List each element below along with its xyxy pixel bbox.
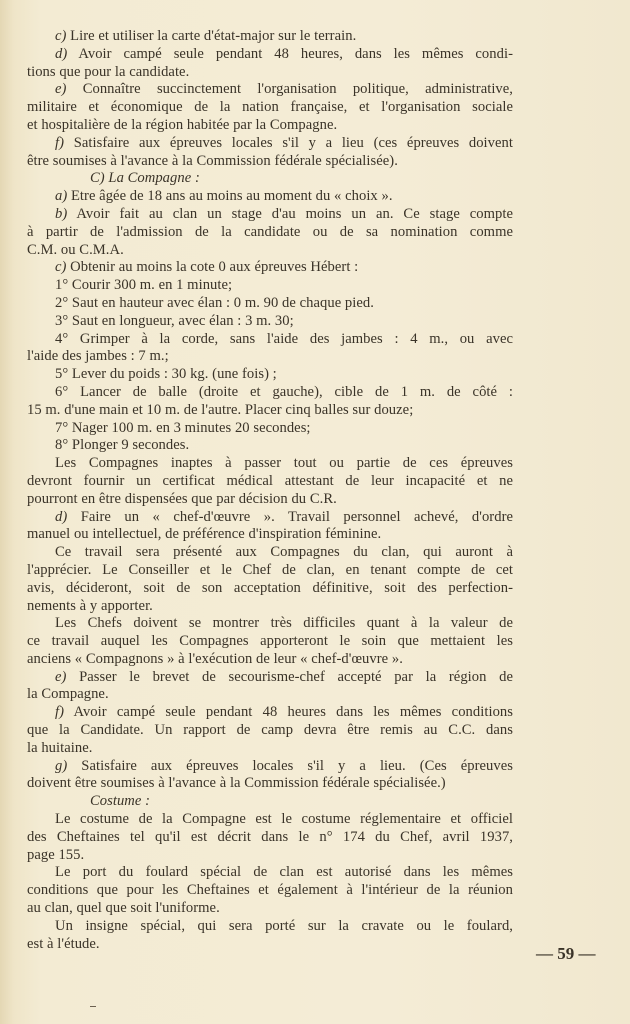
line-text: Avoir campé seule pendant 48 heures dans…: [73, 704, 513, 720]
line-text: 4° Grimper à la corde, sans l'aide des j…: [55, 331, 513, 347]
text-line: d) Faire un « chef-d'œuvre ». Travail pe…: [27, 509, 513, 527]
text-line: c) Lire et utiliser la carte d'état-majo…: [27, 28, 513, 46]
line-text: 5° Lever du poids : 30 kg. (une fois) ;: [55, 366, 277, 382]
line-text: 6° Lancer de balle (droite et gauche), c…: [55, 384, 513, 400]
line-text: Satisfaire aux épreuves locales s'il y a…: [74, 135, 513, 151]
line-text: Etre âgée de 18 ans au moins au moment d…: [71, 188, 393, 204]
text-line: 6° Lancer de balle (droite et gauche), c…: [27, 384, 513, 402]
line-text: Le port du foulard spécial de clan est a…: [55, 864, 513, 880]
text-line: C.M. ou C.M.A.: [27, 242, 513, 260]
line-text: conditions que pour les Cheftaines et ég…: [27, 882, 513, 898]
line-text: avis, décideront, soit de son acceptatio…: [27, 580, 513, 596]
text-line: avis, décideront, soit de son acceptatio…: [27, 580, 513, 598]
line-text: nements à y apporter.: [27, 598, 153, 614]
line-text: Faire un « chef-d'œuvre ». Travail perso…: [81, 509, 513, 525]
line-text: Passer le brevet de secourisme-chef acce…: [79, 669, 513, 685]
text-line: manuel ou intellectuel, de préférence d'…: [27, 526, 513, 544]
text-line: anciens « Compagnons » à l'exécution de …: [27, 651, 513, 669]
line-text: pourront en être dispensées que par déci…: [27, 491, 337, 507]
text-line: a) Etre âgée de 18 ans au moins au momen…: [27, 188, 513, 206]
line-text: C.M. ou C.M.A.: [27, 242, 124, 258]
line-text: ce travail auquel les Compagnes apporter…: [27, 633, 513, 649]
text-line: militaire et économique de la nation fra…: [27, 99, 513, 117]
text-line: 3° Saut en longueur, avec élan : 3 m. 30…: [27, 313, 513, 331]
text-line: 2° Saut en hauteur avec élan : 0 m. 90 d…: [27, 295, 513, 313]
item-label: e): [55, 669, 66, 685]
text-line: 15 m. d'une main et 10 m. de l'autre. Pl…: [27, 402, 513, 420]
line-text: tions que pour la candidate.: [27, 64, 189, 80]
section-heading: Costume :: [27, 793, 513, 811]
line-text: Ce travail sera présenté aux Compagnes d…: [55, 544, 513, 560]
text-line: au clan, quel que soit l'uniforme.: [27, 900, 513, 918]
line-text: Satisfaire aux épreuves locales s'il y a…: [81, 758, 513, 774]
item-label: c): [55, 28, 66, 44]
line-text: Les Chefs doivent se montrer très diffic…: [55, 615, 513, 631]
line-text: manuel ou intellectuel, de préférence d'…: [27, 526, 381, 542]
text-line: Le costume de la Compagne est le costume…: [27, 811, 513, 829]
text-line: Les Compagnes inaptes à passer tout ou p…: [27, 455, 513, 473]
line-text: l'aide des jambes : 7 m.;: [27, 348, 169, 364]
text-line: 1° Courir 300 m. en 1 minute;: [27, 277, 513, 295]
text-line: 7° Nager 100 m. en 3 minutes 20 secondes…: [27, 420, 513, 438]
line-text: Les Compagnes inaptes à passer tout ou p…: [55, 455, 513, 471]
item-label: c): [55, 259, 66, 275]
text-line: d) Avoir campé seule pendant 48 heures, …: [27, 46, 513, 64]
text-line: et hospitalière de la région habitée par…: [27, 117, 513, 135]
line-text: Connaître succinctement l'organisation p…: [83, 81, 513, 97]
line-text: au clan, quel que soit l'uniforme.: [27, 900, 220, 916]
item-label: f): [55, 135, 64, 151]
line-text: Le costume de la Compagne est le costume…: [55, 811, 513, 827]
text-line: 8° Plonger 9 secondes.: [27, 437, 513, 455]
section-heading: C) La Compagne :: [27, 170, 513, 188]
document-page: c) Lire et utiliser la carte d'état-majo…: [27, 28, 513, 953]
text-line: des Cheftaines tel qu'il est décrit dans…: [27, 829, 513, 847]
text-line: e) Connaître succinctement l'organisatio…: [27, 81, 513, 99]
item-label: d): [55, 46, 67, 62]
text-line: Ce travail sera présenté aux Compagnes d…: [27, 544, 513, 562]
line-text: 2° Saut en hauteur avec élan : 0 m. 90 d…: [55, 295, 374, 311]
line-text: est à l'étude.: [27, 936, 100, 952]
text-line: doivent être soumises à l'avance à la Co…: [27, 775, 513, 793]
line-text: anciens « Compagnons » à l'exécution de …: [27, 651, 403, 667]
printer-mark: [90, 1006, 96, 1007]
line-text: Lire et utiliser la carte d'état-major s…: [70, 28, 356, 44]
text-line: conditions que pour les Cheftaines et ég…: [27, 882, 513, 900]
text-line: l'aide des jambes : 7 m.;: [27, 348, 513, 366]
text-line: c) Obtenir au moins la cote 0 aux épreuv…: [27, 259, 513, 277]
line-text: la huitaine.: [27, 740, 92, 756]
text-line: la Compagne.: [27, 686, 513, 704]
item-label: g): [55, 758, 67, 774]
text-line: tions que pour la candidate.: [27, 64, 513, 82]
page-number: — 59 —: [536, 944, 596, 964]
line-text: Un insigne spécial, qui sera porté sur l…: [55, 918, 513, 934]
text-line: à partir de l'admission de la candidate …: [27, 224, 513, 242]
line-text: être soumises à l'avance à la Commission…: [27, 153, 398, 169]
text-line: Le port du foulard spécial de clan est a…: [27, 864, 513, 882]
line-text: devront fournir un certificat médical at…: [27, 473, 513, 489]
line-text: Costume :: [90, 793, 150, 809]
line-text: page 155.: [27, 847, 84, 863]
text-line: Un insigne spécial, qui sera porté sur l…: [27, 918, 513, 936]
item-label: a): [55, 188, 67, 204]
line-text: des Cheftaines tel qu'il est décrit dans…: [27, 829, 513, 845]
item-label: C): [90, 170, 105, 186]
text-line: Les Chefs doivent se montrer très diffic…: [27, 615, 513, 633]
line-text: et hospitalière de la région habitée par…: [27, 117, 337, 133]
line-text: 15 m. d'une main et 10 m. de l'autre. Pl…: [27, 402, 413, 418]
text-line: page 155.: [27, 847, 513, 865]
item-label: d): [55, 509, 67, 525]
line-text: que la Candidate. Un rapport de camp dev…: [27, 722, 513, 738]
text-line: est à l'étude.: [27, 936, 513, 954]
text-line: g) Satisfaire aux épreuves locales s'il …: [27, 758, 513, 776]
line-text: 7° Nager 100 m. en 3 minutes 20 secondes…: [55, 420, 311, 436]
item-label: b): [55, 206, 67, 222]
item-label: e): [55, 81, 66, 97]
text-line: devront fournir un certificat médical at…: [27, 473, 513, 491]
line-text: doivent être soumises à l'avance à la Co…: [27, 775, 446, 791]
text-line: e) Passer le brevet de secourisme-chef a…: [27, 669, 513, 687]
text-line: être soumises à l'avance à la Commission…: [27, 153, 513, 171]
text-line: nements à y apporter.: [27, 598, 513, 616]
line-text: 1° Courir 300 m. en 1 minute;: [55, 277, 232, 293]
line-text: Avoir fait au clan un stage d'au moins u…: [76, 206, 513, 222]
text-line: ce travail auquel les Compagnes apporter…: [27, 633, 513, 651]
text-line: 5° Lever du poids : 30 kg. (une fois) ;: [27, 366, 513, 384]
line-text: l'apprécier. Le Conseiller et le Chef de…: [27, 562, 513, 578]
text-line: b) Avoir fait au clan un stage d'au moin…: [27, 206, 513, 224]
text-line: f) Satisfaire aux épreuves locales s'il …: [27, 135, 513, 153]
line-text: la Compagne.: [27, 686, 109, 702]
line-text: 8° Plonger 9 secondes.: [55, 437, 189, 453]
item-label: f): [55, 704, 64, 720]
text-line: pourront en être dispensées que par déci…: [27, 491, 513, 509]
line-text: 3° Saut en longueur, avec élan : 3 m. 30…: [55, 313, 294, 329]
text-line: la huitaine.: [27, 740, 513, 758]
text-line: f) Avoir campé seule pendant 48 heures d…: [27, 704, 513, 722]
text-line: 4° Grimper à la corde, sans l'aide des j…: [27, 331, 513, 349]
text-line: l'apprécier. Le Conseiller et le Chef de…: [27, 562, 513, 580]
line-text: à partir de l'admission de la candidate …: [27, 224, 513, 240]
line-text: Avoir campé seule pendant 48 heures, dan…: [78, 46, 513, 62]
text-line: que la Candidate. Un rapport de camp dev…: [27, 722, 513, 740]
line-text: militaire et économique de la nation fra…: [27, 99, 513, 115]
line-text: Obtenir au moins la cote 0 aux épreuves …: [70, 259, 358, 275]
line-text: La Compagne :: [108, 170, 199, 186]
